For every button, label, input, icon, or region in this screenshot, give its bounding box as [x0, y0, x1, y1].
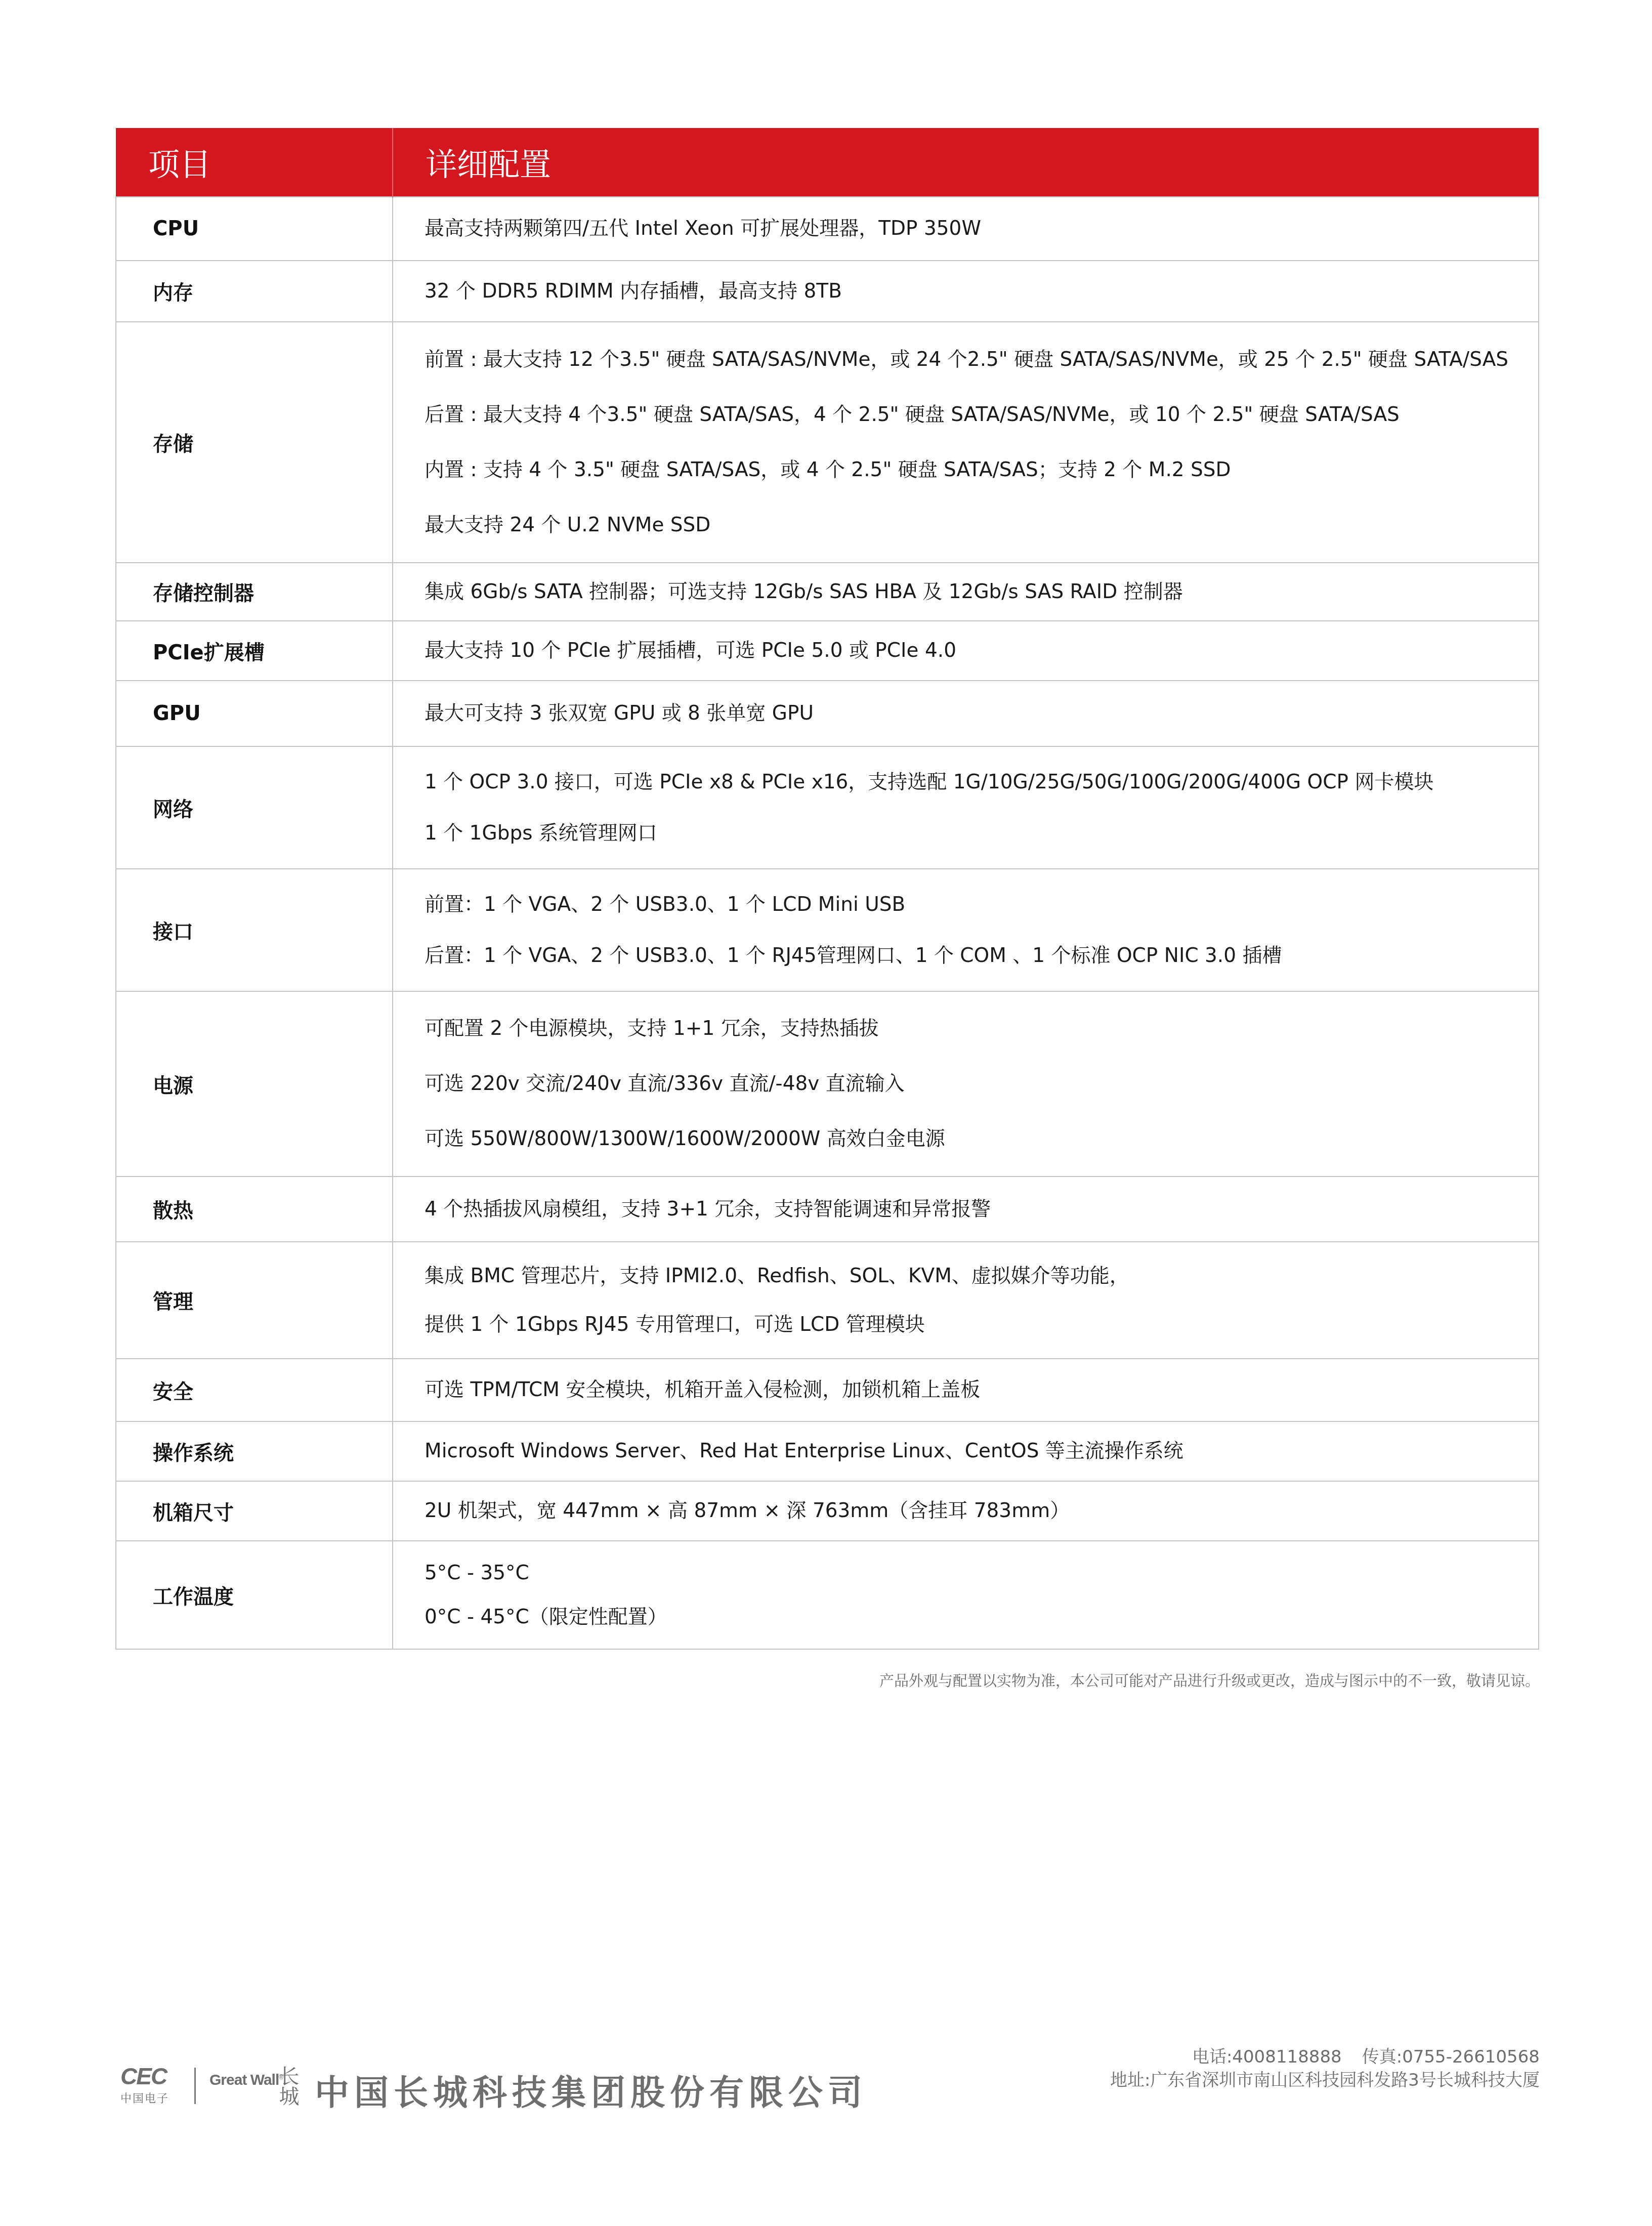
detail-line: 最高支持两颗第四/五代 Intel Xeon 可扩展处理器，TDP 350W: [425, 217, 1538, 240]
detail-line: 2U 机架式，宽 447mm × 高 87mm × 深 763mm（含挂耳 78…: [425, 1499, 1538, 1523]
detail-line: 1 个 1Gbps 系统管理网口: [425, 822, 1538, 845]
detail-line: 可选 220v 交流/240v 直流/336v 直流/-48v 直流输入: [425, 1072, 1538, 1096]
table-row: 操作系统Microsoft Windows Server、Red Hat Ent…: [116, 1421, 1539, 1481]
row-detail: 前置 : 最大支持 12 个3.5" 硬盘 SATA/SAS/NVMe，或 24…: [393, 322, 1539, 563]
cec-logo-word: CEC: [120, 2065, 181, 2088]
greatwall-logo: Great Wall®: [209, 2072, 283, 2089]
row-detail: 前置：1 个 VGA、2 个 USB3.0、1 个 LCD Mini USB后置…: [393, 869, 1539, 991]
detail-line: 最大支持 24 个 U.2 NVMe SSD: [425, 514, 1538, 537]
row-detail: 集成 6Gb/s SATA 控制器；可选支持 12Gb/s SAS HBA 及 …: [393, 563, 1539, 621]
header-item: 项目: [116, 128, 393, 197]
row-label: 管理: [116, 1242, 393, 1359]
row-label: 存储控制器: [116, 563, 393, 621]
contact-phone: 电话:4008118888: [1192, 2047, 1342, 2067]
contact-phone-fax-line: 电话:4008118888传真:0755-26610568: [1110, 2045, 1540, 2069]
table-row: PCIe扩展槽最大支持 10 个 PCIe 扩展插槽，可选 PCIe 5.0 或…: [116, 621, 1539, 681]
detail-line: 0°C - 45°C（限定性配置）: [425, 1606, 1538, 1629]
row-detail: 4 个热插拔风扇模组，支持 3+1 冗余，支持智能调速和异常报警: [393, 1177, 1539, 1242]
detail-line: 集成 6Gb/s SATA 控制器；可选支持 12Gb/s SAS HBA 及 …: [425, 580, 1538, 604]
row-detail: 集成 BMC 管理芯片，支持 IPMI2.0、Redfish、SOL、KVM、虚…: [393, 1242, 1539, 1359]
table-row: GPU最大可支持 3 张双宽 GPU 或 8 张单宽 GPU: [116, 681, 1539, 746]
table-row: 散热4 个热插拔风扇模组，支持 3+1 冗余，支持智能调速和异常报警: [116, 1177, 1539, 1242]
contact-info: 电话:4008118888传真:0755-26610568 地址:广东省深圳市南…: [1110, 2045, 1540, 2092]
company-name: 中国长城科技集团股份有限公司: [315, 2066, 867, 2115]
disclaimer-text: 产品外观与配置以实物为准，本公司可能对产品进行升级或更改，造成与图示中的不一致，…: [879, 1670, 1540, 1691]
row-label: GPU: [116, 681, 393, 746]
row-detail: 32 个 DDR5 RDIMM 内存插槽，最高支持 8TB: [393, 261, 1539, 322]
footer-branding: CEC 中国电子 Great Wall® 长城 中国长城科技集团股份有限公司: [120, 2060, 879, 2110]
table-row: 机箱尺寸2U 机架式，宽 447mm × 高 87mm × 深 763mm（含挂…: [116, 1481, 1539, 1541]
row-label: 工作温度: [116, 1541, 393, 1649]
header-detail: 详细配置: [393, 128, 1539, 197]
table-row: 存储前置 : 最大支持 12 个3.5" 硬盘 SATA/SAS/NVMe，或 …: [116, 322, 1539, 563]
row-detail: 可选 TPM/TCM 安全模块，机箱开盖入侵检测，加锁机箱上盖板: [393, 1359, 1539, 1421]
row-label: PCIe扩展槽: [116, 621, 393, 681]
detail-line: 后置：1 个 VGA、2 个 USB3.0、1 个 RJ45管理网口、1 个 C…: [425, 944, 1538, 968]
logo-divider: [194, 2068, 196, 2104]
table-row: 存储控制器集成 6Gb/s SATA 控制器；可选支持 12Gb/s SAS H…: [116, 563, 1539, 621]
table-row: 安全可选 TPM/TCM 安全模块，机箱开盖入侵检测，加锁机箱上盖板: [116, 1359, 1539, 1421]
row-detail: 5°C - 35°C0°C - 45°C（限定性配置）: [393, 1541, 1539, 1649]
contact-address: 地址:广东省深圳市南山区科技园科发路3号长城科技大厦: [1110, 2069, 1540, 2092]
row-detail: 最大支持 10 个 PCIe 扩展插槽，可选 PCIe 5.0 或 PCIe 4…: [393, 621, 1539, 681]
table-row: 内存32 个 DDR5 RDIMM 内存插槽，最高支持 8TB: [116, 261, 1539, 322]
row-label: 操作系统: [116, 1421, 393, 1481]
detail-line: 前置：1 个 VGA、2 个 USB3.0、1 个 LCD Mini USB: [425, 893, 1538, 916]
table-row: 网络1 个 OCP 3.0 接口，可选 PCIe x8 & PCIe x16，支…: [116, 746, 1539, 869]
row-label: 安全: [116, 1359, 393, 1421]
table-row: 接口前置：1 个 VGA、2 个 USB3.0、1 个 LCD Mini USB…: [116, 869, 1539, 991]
row-label: 电源: [116, 991, 393, 1177]
detail-line: 前置 : 最大支持 12 个3.5" 硬盘 SATA/SAS/NVMe，或 24…: [425, 348, 1538, 371]
spec-table-body: CPU最高支持两颗第四/五代 Intel Xeon 可扩展处理器，TDP 350…: [116, 197, 1539, 1649]
row-detail: 1 个 OCP 3.0 接口，可选 PCIe x8 & PCIe x16，支持选…: [393, 746, 1539, 869]
row-label: 存储: [116, 322, 393, 563]
cec-logo-subtitle: 中国电子: [120, 2090, 181, 2106]
detail-line: 可选 550W/800W/1300W/1600W/2000W 高效白金电源: [425, 1127, 1538, 1151]
table-row: 电源可配置 2 个电源模块，支持 1+1 冗余，支持热插拔可选 220v 交流/…: [116, 991, 1539, 1177]
row-label: 散热: [116, 1177, 393, 1242]
detail-line: 1 个 OCP 3.0 接口，可选 PCIe x8 & PCIe x16，支持选…: [425, 771, 1538, 794]
detail-line: 最大可支持 3 张双宽 GPU 或 8 张单宽 GPU: [425, 702, 1538, 725]
row-detail: 最大可支持 3 张双宽 GPU 或 8 张单宽 GPU: [393, 681, 1539, 746]
row-label: CPU: [116, 197, 393, 261]
detail-line: Microsoft Windows Server、Red Hat Enterpr…: [425, 1440, 1538, 1463]
table-row: 工作温度5°C - 35°C0°C - 45°C（限定性配置）: [116, 1541, 1539, 1649]
detail-line: 可配置 2 个电源模块，支持 1+1 冗余，支持热插拔: [425, 1017, 1538, 1040]
row-label: 内存: [116, 261, 393, 322]
detail-line: 32 个 DDR5 RDIMM 内存插槽，最高支持 8TB: [425, 280, 1538, 303]
detail-line: 4 个热插拔风扇模组，支持 3+1 冗余，支持智能调速和异常报警: [425, 1198, 1538, 1221]
spec-table: 项目 详细配置 CPU最高支持两颗第四/五代 Intel Xeon 可扩展处理器…: [115, 128, 1539, 1650]
row-label: 接口: [116, 869, 393, 991]
row-label: 机箱尺寸: [116, 1481, 393, 1541]
detail-line: 后置 : 最大支持 4 个3.5" 硬盘 SATA/SAS，4 个 2.5" 硬…: [425, 403, 1538, 427]
table-row: 管理集成 BMC 管理芯片，支持 IPMI2.0、Redfish、SOL、KVM…: [116, 1242, 1539, 1359]
detail-line: 5°C - 35°C: [425, 1562, 1538, 1585]
row-detail: 可配置 2 个电源模块，支持 1+1 冗余，支持热插拔可选 220v 交流/24…: [393, 991, 1539, 1177]
row-detail: Microsoft Windows Server、Red Hat Enterpr…: [393, 1421, 1539, 1481]
detail-line: 内置 : 支持 4 个 3.5" 硬盘 SATA/SAS，或 4 个 2.5" …: [425, 458, 1538, 482]
detail-line: 集成 BMC 管理芯片，支持 IPMI2.0、Redfish、SOL、KVM、虚…: [425, 1265, 1538, 1288]
row-label: 网络: [116, 746, 393, 869]
table-header-row: 项目 详细配置: [116, 128, 1539, 197]
row-detail: 最高支持两颗第四/五代 Intel Xeon 可扩展处理器，TDP 350W: [393, 197, 1539, 261]
row-detail: 2U 机架式，宽 447mm × 高 87mm × 深 763mm（含挂耳 78…: [393, 1481, 1539, 1541]
detail-line: 提供 1 个 1Gbps RJ45 专用管理口，可选 LCD 管理模块: [425, 1313, 1538, 1336]
detail-line: 可选 TPM/TCM 安全模块，机箱开盖入侵检测，加锁机箱上盖板: [425, 1378, 1538, 1402]
greatwall-logo-word: Great Wall: [209, 2072, 279, 2088]
table-row: CPU最高支持两颗第四/五代 Intel Xeon 可扩展处理器，TDP 350…: [116, 197, 1539, 261]
greatwall-calligraphy-icon: 长城: [278, 2066, 296, 2106]
cec-logo: CEC 中国电子: [120, 2065, 181, 2106]
detail-line: 最大支持 10 个 PCIe 扩展插槽，可选 PCIe 5.0 或 PCIe 4…: [425, 639, 1538, 662]
contact-fax: 传真:0755-26610568: [1362, 2047, 1540, 2067]
